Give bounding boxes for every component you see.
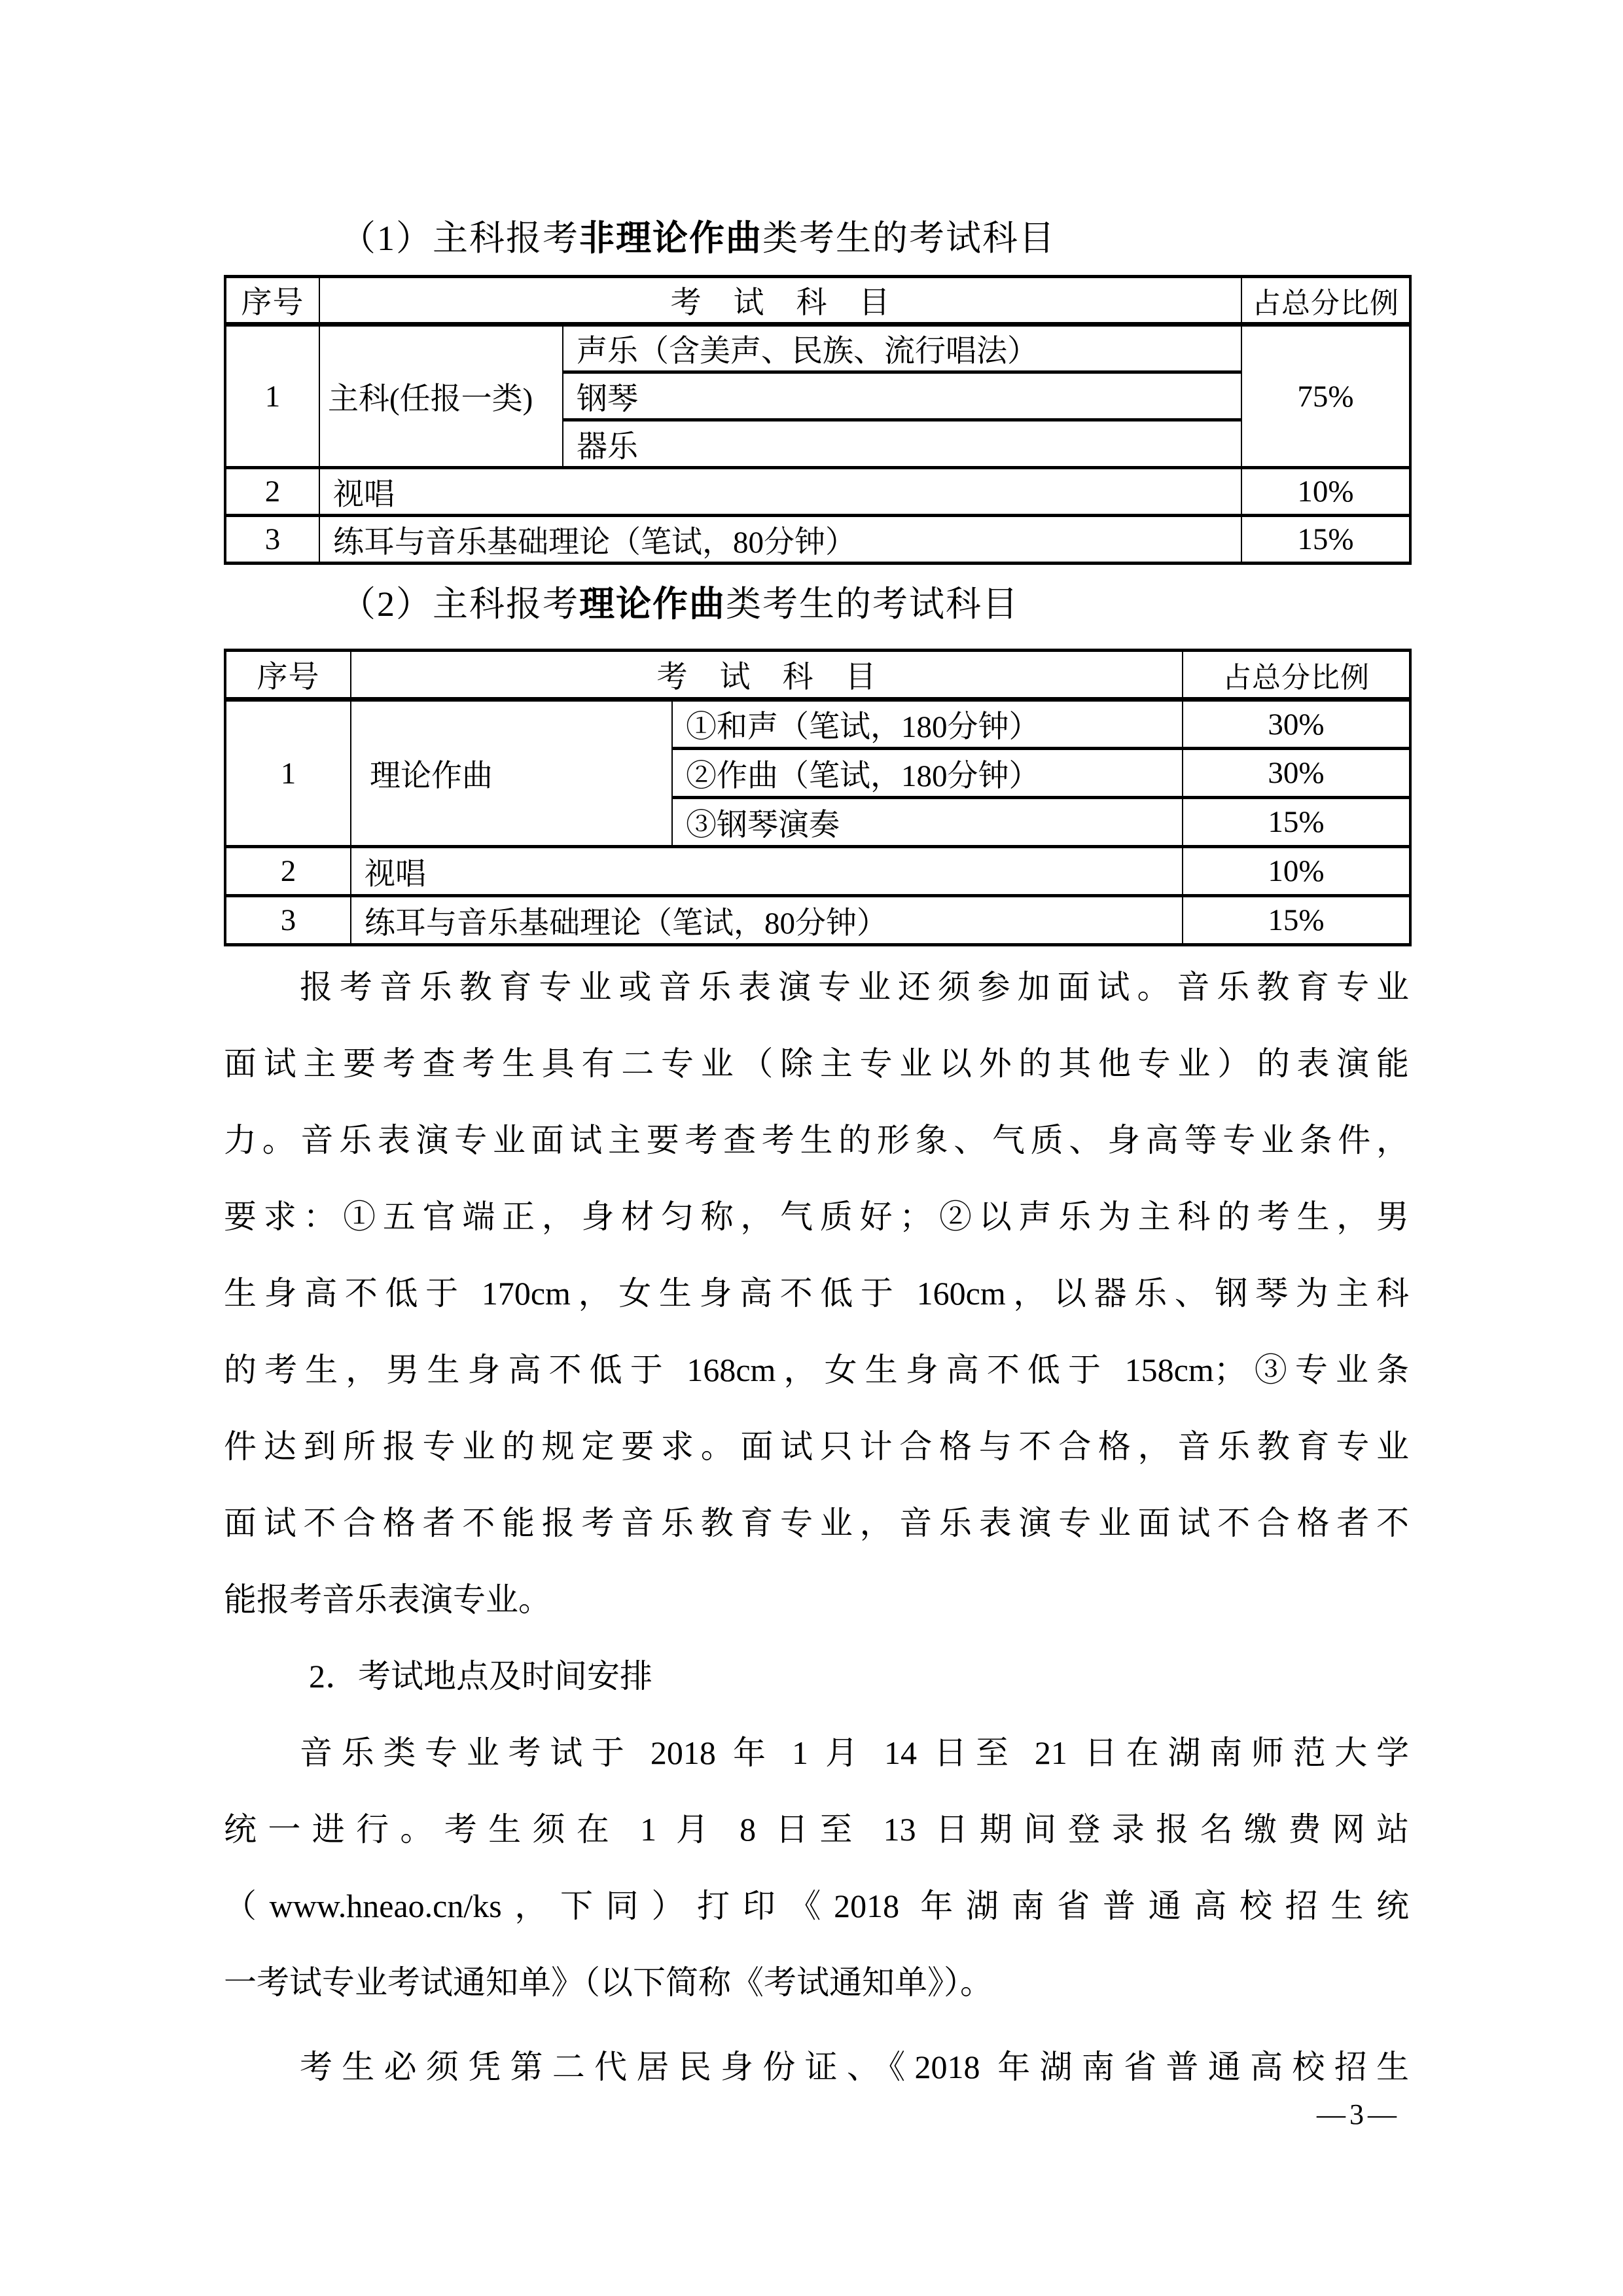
table2-header-subject: 考 试 科 目 [351,651,1183,700]
table-row: 1 主科(任报一类) 声乐（含美声、民族、流行唱法） 75% [225,325,1410,372]
table1-r3-pct: 15% [1241,516,1410,564]
table1-r3-no: 3 [225,516,319,564]
table1-r3-subject: 练耳与音乐基础理论（笔试，80分钟） [319,516,1241,564]
para-line: 面试主要考查考生具有二专业（除主专业以外的其他专业）的表演能 [224,1026,1409,1102]
para-line: 统一进行。考生须在 1 月 8 日至 13 日期间登录报名缴费网站 [224,1791,1409,1868]
paragraph-interview-requirements: 报考音乐教育专业或音乐表演专业还须参加面试。音乐教育专业 面试主要考查考生具有二… [224,949,1409,1638]
exam-subjects-table-theory: 序号 考 试 科 目 占总分比例 1 理论作曲 ①和声（笔试，180分钟） 30… [224,649,1412,946]
table1-r1-pct: 75% [1241,325,1410,468]
table1-r1-item3: 器乐 [563,420,1241,468]
table2-r2-no: 2 [225,847,351,896]
document-content: （1）主科报考非理论作曲类考生的考试科目 序号 考 试 科 目 占总分比例 1 … [224,217,1409,2106]
exam-subjects-table-non-theory: 序号 考 试 科 目 占总分比例 1 主科(任报一类) 声乐（含美声、民族、流行… [224,275,1412,565]
table2-r1-no: 1 [225,700,351,847]
table-row: 1 理论作曲 ①和声（笔试，180分钟） 30% [225,700,1410,749]
table-row: 2 视唱 10% [225,847,1410,896]
para-line: 能报考音乐表演专业。 [224,1562,1409,1638]
para-line: 生身高不低于 170cm，女生身高不低于 160cm，以器乐、钢琴为主科 [224,1255,1409,1332]
table2-r1-pct3: 15% [1183,798,1410,847]
table2-r1-pct2: 30% [1183,749,1410,798]
heading2-bold: 理论作曲 [579,584,726,624]
para-line: 的考生，男生身高不低于 168cm，女生身高不低于 158cm；③专业条 [224,1332,1409,1408]
table2-header-no: 序号 [225,651,351,700]
table2-r3-pct: 15% [1183,896,1410,945]
para-line: 考生必须凭第二代居民身份证、《2018 年湖南省普通高校招生 [224,2029,1409,2106]
para-line: 面试不合格者不能报考音乐教育专业，音乐表演专业面试不合格者不 [224,1485,1409,1562]
heading2-suffix: 类考生的考试科目 [726,584,1019,624]
table2-header-pct: 占总分比例 [1183,651,1410,700]
page-number: —3— [1317,2098,1400,2131]
table1-header-subject: 考 试 科 目 [319,277,1241,325]
table2-r2-pct: 10% [1183,847,1410,896]
para-line: 一考试专业考试通知单》（以下简称《考试通知单》）。 [224,1945,1409,2021]
paragraph-exam-schedule: 音乐类专业考试于 2018 年 1 月 14 日至 21 日在湖南师范大学 统一… [224,1715,1409,2021]
table2-header-row: 序号 考 试 科 目 占总分比例 [225,651,1410,700]
table2-r2-subject: 视唱 [351,847,1183,896]
para-line: （www.hneao.cn/ks，下同）打印《2018 年湖南省普通高校招生统 [224,1868,1409,1945]
table1-header-no: 序号 [225,277,319,325]
table1-header-pct: 占总分比例 [1241,277,1410,325]
table1-header-row: 序号 考 试 科 目 占总分比例 [225,277,1410,325]
table2-r1-item3: ③钢琴演奏 [672,798,1183,847]
para-line: 件达到所报专业的规定要求。面试只计合格与不合格，音乐教育专业 [224,1408,1409,1485]
table2-r1-group: 理论作曲 [351,700,672,847]
para-line: 音乐类专业考试于 2018 年 1 月 14 日至 21 日在湖南师范大学 [224,1715,1409,1791]
para-line: 要求：①五官端正，身材匀称，气质好；②以声乐为主科的考生，男 [224,1179,1409,1255]
table2-r3-no: 3 [225,896,351,945]
section-heading-exam-location-time: 2．考试地点及时间安排 [224,1638,1409,1715]
table2-r1-pct1: 30% [1183,700,1410,749]
heading2-prefix: （2）主科报考 [340,584,579,624]
table1-r1-no: 1 [225,325,319,468]
document-page: （1）主科报考非理论作曲类考生的考试科目 序号 考 试 科 目 占总分比例 1 … [0,0,1623,2296]
table1-r2-subject: 视唱 [319,468,1241,516]
paragraph-id-requirement: 考生必须凭第二代居民身份证、《2018 年湖南省普通高校招生 [224,2029,1409,2106]
table1-r2-pct: 10% [1241,468,1410,516]
para-line: 力。音乐表演专业面试主要考查考生的形象、气质、身高等专业条件， [224,1102,1409,1179]
table-row: 3 练耳与音乐基础理论（笔试，80分钟） 15% [225,896,1410,945]
table-row: 2 视唱 10% [225,468,1410,516]
table-row: 3 练耳与音乐基础理论（笔试，80分钟） 15% [225,516,1410,564]
heading1-prefix: （1）主科报考 [340,219,579,258]
heading1-bold: 非理论作曲 [579,219,762,258]
table2-r1-item1: ①和声（笔试，180分钟） [672,700,1183,749]
heading-theory-composition: （2）主科报考理论作曲类考生的考试科目 [224,583,1409,626]
heading1-suffix: 类考生的考试科目 [762,219,1056,258]
table1-r1-item2: 钢琴 [563,372,1241,420]
heading-non-theory-composition: （1）主科报考非理论作曲类考生的考试科目 [224,217,1409,260]
table2-r3-subject: 练耳与音乐基础理论（笔试，80分钟） [351,896,1183,945]
para-line: 报考音乐教育专业或音乐表演专业还须参加面试。音乐教育专业 [224,949,1409,1026]
table2-r1-item2: ②作曲（笔试，180分钟） [672,749,1183,798]
table1-r1-item1: 声乐（含美声、民族、流行唱法） [563,325,1241,372]
table1-r2-no: 2 [225,468,319,516]
table1-r1-group: 主科(任报一类) [319,325,563,468]
